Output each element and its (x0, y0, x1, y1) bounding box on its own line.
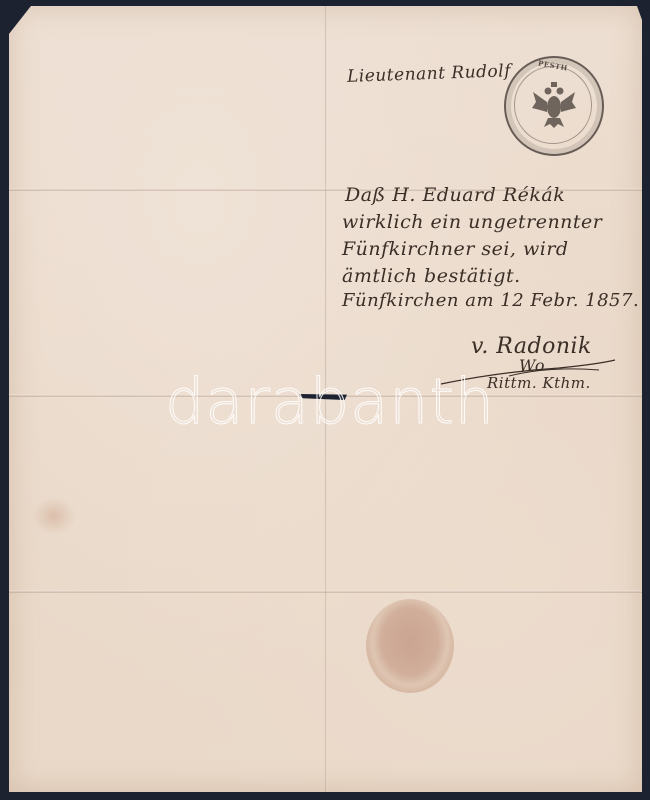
body-line-5-date: Fünfkirchen am 12 Febr. 1857. (342, 290, 639, 311)
signature-title: Rittm. Kthm. (487, 374, 591, 392)
watermark: darabanth (165, 365, 495, 438)
official-stamp: K.K. MILITÄR PLATZ COMANDO ZU PESTH PEST… (504, 56, 604, 156)
body-line-4: ämtlich bestätigt. (342, 265, 521, 287)
body-line-1: Daß H. Eduard Rékák (345, 184, 565, 206)
wax-seal (366, 599, 454, 693)
body-line-3: Fünfkirchner sei, wird (342, 238, 569, 260)
body-line-2: wirklich ein ungetrennter (342, 211, 602, 233)
horizontal-fold-bottom (9, 590, 642, 593)
heading-text: Lieutenant Rudolf (347, 61, 512, 87)
eagle-icon (530, 80, 578, 130)
